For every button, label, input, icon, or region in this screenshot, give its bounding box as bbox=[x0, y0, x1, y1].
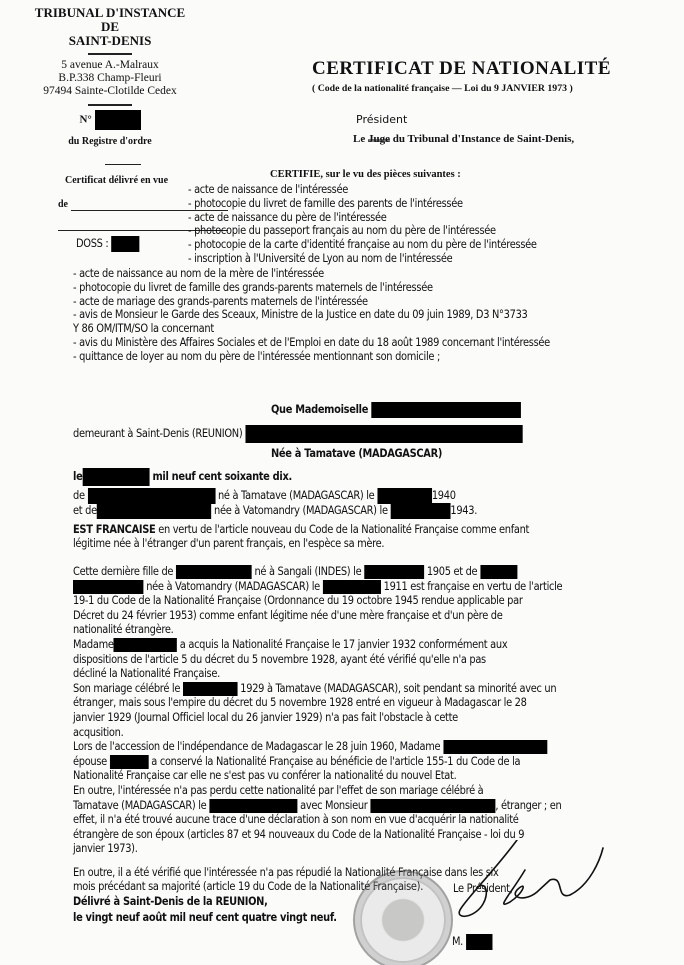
signatory-name: M. bbox=[452, 934, 492, 950]
document-subtitle: ( Code de la nationalité française — Loi… bbox=[312, 83, 573, 94]
redacted-name bbox=[443, 740, 547, 754]
number-label: N° bbox=[79, 114, 91, 126]
president-typed-correction: Président bbox=[356, 113, 407, 126]
court-header: TRIBUNAL D'INSTANCE DE SAINT-DENIS 5 ave… bbox=[20, 6, 200, 147]
mother-line: et de née à Vatomandry (MADAGASCAR) le 1… bbox=[73, 503, 477, 519]
pieces-list-full: - acte de naissance au nom de la mère de… bbox=[73, 267, 550, 364]
redacted-name bbox=[114, 638, 177, 652]
struck-word-juge: Juge bbox=[368, 133, 390, 145]
list-item: - photocopie du livret de famille des gr… bbox=[73, 281, 550, 295]
redacted-name bbox=[371, 402, 521, 418]
redacted-father-name bbox=[88, 488, 216, 504]
redacted-grandfather bbox=[176, 565, 252, 579]
certifie-heading: CERTIFIE, sur le vu des pièces suivantes… bbox=[270, 169, 461, 180]
divider bbox=[88, 53, 132, 55]
pieces-list-indented: - acte de naissance de l'intéressée - ph… bbox=[188, 183, 537, 266]
document-title: CERTIFICAT DE NATIONALITÉ bbox=[312, 58, 611, 80]
court-name-line-3: SAINT-DENIS bbox=[20, 34, 200, 48]
court-seal-stamp bbox=[353, 870, 453, 965]
list-item: - acte de naissance au nom de la mère de… bbox=[73, 267, 550, 281]
address-line-1: 5 avenue A.-Malraux bbox=[20, 59, 200, 72]
redacted-mother-name bbox=[97, 503, 211, 519]
demeurant-line: demeurant à Saint-Denis (REUNION) bbox=[73, 425, 522, 443]
redacted-name bbox=[110, 755, 149, 769]
list-item: - photocopie du passeport français au no… bbox=[188, 224, 537, 238]
register-number: N° bbox=[20, 110, 200, 130]
redacted-husband-name bbox=[370, 799, 495, 813]
delivery-date: le vingt neuf août mil neuf cent quatre … bbox=[73, 911, 337, 925]
redacted-signatory-name bbox=[466, 934, 492, 950]
redacted-date bbox=[323, 580, 381, 594]
list-item: - avis du Ministère des Affaires Sociale… bbox=[73, 336, 550, 350]
dossier-number: DOSS : bbox=[76, 236, 139, 252]
address-line-3: 97494 Sainte-Clotilde Cedex bbox=[20, 85, 200, 98]
list-item: - acte de naissance de l'intéressée bbox=[188, 183, 537, 197]
redacted-register-number bbox=[95, 110, 141, 130]
divider bbox=[88, 104, 132, 106]
redacted-grandmother bbox=[480, 565, 517, 579]
court-name-line-1: TRIBUNAL D'INSTANCE bbox=[20, 6, 200, 20]
redacted-date bbox=[391, 503, 451, 519]
list-item: - avis de Monsieur le Garde des Sceaux, … bbox=[73, 308, 550, 322]
court-name-line-2: DE bbox=[20, 20, 200, 34]
list-item: - acte de mariage des grands-parents mat… bbox=[73, 295, 550, 309]
delivery-place: Délivré à Saint-Denis de la REUNION, bbox=[73, 895, 268, 909]
birthplace: Née à Tamatave (MADAGASCAR) bbox=[271, 447, 442, 461]
redacted-date bbox=[209, 799, 297, 813]
redacted-date bbox=[183, 682, 238, 696]
birth-date-line: le mil neuf cent soixante dix. bbox=[73, 468, 292, 486]
redacted-birth-date bbox=[82, 468, 149, 486]
redacted-dossier bbox=[111, 236, 139, 252]
redacted-address bbox=[245, 425, 522, 443]
registre-label: du Registre d'ordre bbox=[20, 136, 200, 147]
issuing-authority: Le Juge du Tribunal d'Instance de Saint-… bbox=[353, 133, 574, 145]
certificat-delivre-label: Certificat délivré en vue bbox=[65, 175, 168, 186]
handwritten-signature bbox=[455, 840, 605, 930]
divider bbox=[105, 164, 141, 165]
redacted-date bbox=[377, 488, 432, 504]
redacted-date bbox=[364, 565, 424, 579]
list-item: - acte de naissance du père de l'intéres… bbox=[188, 211, 537, 225]
address-line-2: B.P.338 Champ-Fleuri bbox=[20, 72, 200, 85]
est-francaise-paragraph: EST FRANCAISE en vertu de l'article nouv… bbox=[73, 523, 529, 551]
de-label: de bbox=[58, 199, 68, 210]
list-item: - photocopie du livret de famille des pa… bbox=[188, 197, 537, 211]
que-mademoiselle: Que Mademoiselle bbox=[271, 402, 521, 418]
list-item: - photocopie de la carte d'identité fran… bbox=[188, 238, 537, 252]
redacted-grandmother bbox=[73, 580, 143, 594]
list-item: Y 86 OM/ITM/SO la concernant bbox=[73, 322, 550, 336]
list-item: - inscription à l'Université de Lyon au … bbox=[188, 252, 537, 266]
list-item: - quittance de loyer au nom du père de l… bbox=[73, 350, 550, 364]
father-line: de né à Tamatave (MADAGASCAR) le 1940 bbox=[73, 488, 456, 504]
doss-label: DOSS : bbox=[76, 237, 108, 250]
